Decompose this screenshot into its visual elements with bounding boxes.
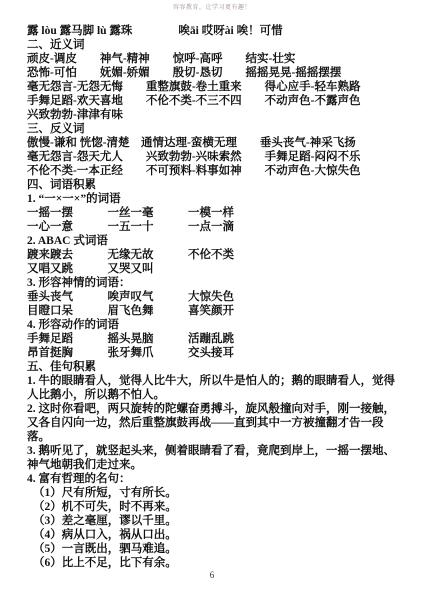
text-line: 垂头丧气 唉声叹气 大惊失色: [27, 290, 399, 304]
text-line: 二、近义词: [27, 38, 399, 52]
text-line: 一摇一摆 一丝一毫 一模一样: [27, 206, 399, 220]
text-line: 傲慢-谦和 恍惚-清楚 通情达理-蛮横无理 垂头丧气-神采飞扬: [27, 136, 399, 150]
text-line: 踱来踱去 无缘无故 不伦不类: [27, 248, 399, 262]
page-number: 6: [0, 570, 424, 580]
text-line: 又唱又跳 又哭又叫: [27, 262, 399, 276]
text-line: （2）机不可失，时不再来。: [27, 500, 399, 514]
text-line: 不伦不类-一本正经 不可预料-料事如神 不动声色-大惊失色: [27, 164, 399, 178]
document-content: 露 lòu 露马脚 lù 露珠 唉āi 哎呀ài 唉！可惜二、近义词顽皮-调皮 …: [27, 24, 399, 570]
text-line: 1. 牛的眼睛看人，觉得人比牛大，所以牛是怕人的；鹅的眼睛看人，觉得人比鹅小，所…: [27, 374, 399, 402]
text-line: 三、反义词: [27, 122, 399, 136]
text-line: 目瞪口呆 眉飞色舞 喜笑颜开: [27, 304, 399, 318]
text-line: 2. 这时你看吧，两只旋转的陀螺奋勇搏斗，旋风般撞向对手，刚一接触，又各自闪向一…: [27, 402, 399, 444]
text-line: 3. 形容神情的词语：: [27, 276, 399, 290]
text-line: （4）病从口入，祸从口出。: [27, 528, 399, 542]
text-line: 2. ABAC 式词语: [27, 234, 399, 248]
text-line: 兴致勃勃-津津有味: [27, 108, 399, 122]
text-line: （3）差之毫厘，谬以千里。: [27, 514, 399, 528]
text-line: 毫无怨言-怨天尤人 兴致勃勃-兴味索然 手舞足蹈-闷闷不乐: [27, 150, 399, 164]
text-line: （6）比上不足，比下有余。: [27, 556, 399, 570]
text-line: 4. 形容动作的词语: [27, 318, 399, 332]
watermark-slogan: 容容教育，让学习更有趣！: [0, 5, 424, 12]
text-line: 3. 鹅听见了，就竖起头来，侧着眼睛看了看，竟爬到岸上，一摇一摆地、神气地朝我们…: [27, 444, 399, 472]
text-line: 手舞足蹈 摇头晃脑 活蹦乱跳: [27, 332, 399, 346]
text-line: 一心一意 一五一十 一点一滴: [27, 220, 399, 234]
text-line: 1. “一×一×”的词语: [27, 192, 399, 206]
text-line: 4. 富有哲理的名句：: [27, 472, 399, 486]
text-line: 手舞足蹈-欢天喜地 不伦不类-不三不四 不动声色-不露声色: [27, 94, 399, 108]
text-line: （1）尺有所短，寸有所长。: [27, 486, 399, 500]
text-line: 四、词语积累: [27, 178, 399, 192]
text-line: 顽皮-调皮 神气-精神 惊呼-高呼 结实-壮实: [27, 52, 399, 66]
text-line: 五、佳句积累: [27, 360, 399, 374]
text-line: 露 lòu 露马脚 lù 露珠 唉āi 哎呀ài 唉！可惜: [27, 24, 399, 38]
text-line: （5）一言既出，驷马难追。: [27, 542, 399, 556]
text-line: 毫无怨言-无怨无悔 重整旗鼓-卷土重来 得心应手-轻车熟路: [27, 80, 399, 94]
text-line: 昂首挺胸 张牙舞爪 交头接耳: [27, 346, 399, 360]
document-page: 容容教育，让学习更有趣！ 露 lòu 露马脚 lù 露珠 唉āi 哎呀ài 唉！…: [0, 0, 424, 600]
text-line: 恐怖-可怕 妩媚-娇媚 殷切-恳切 摇摇晃晃-摇摇摆摆: [27, 66, 399, 80]
